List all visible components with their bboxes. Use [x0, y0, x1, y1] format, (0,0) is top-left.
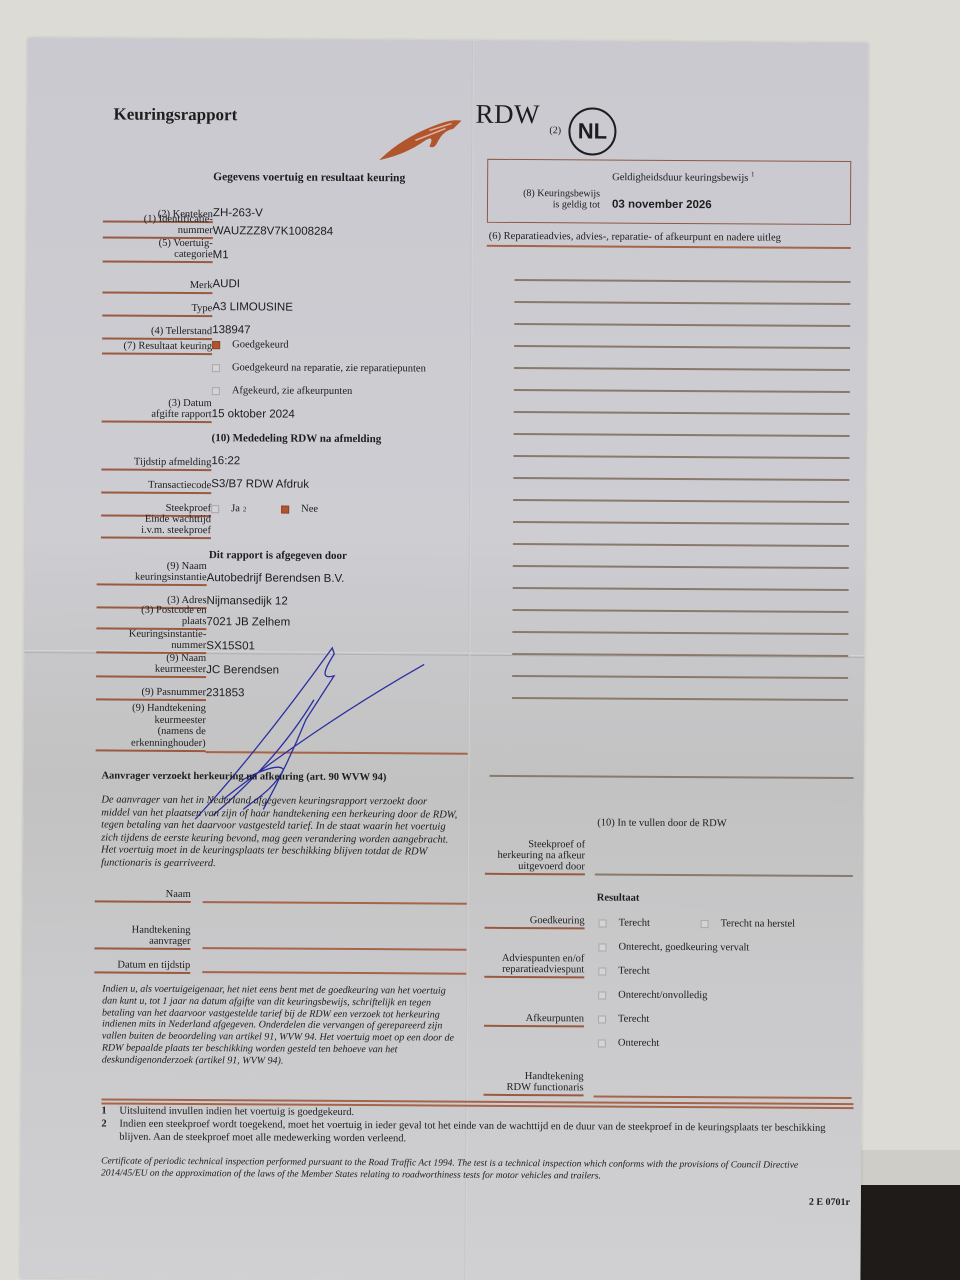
document-title: Keuringsrapport: [113, 105, 237, 126]
repair-advice-line[interactable]: [514, 411, 850, 415]
issuer-label: (9) Naamkeuringsinstantie: [97, 560, 207, 586]
applicant-name-field[interactable]: [203, 901, 467, 904]
footnote-2: 2 Indien een steekproef wordt toegekend,…: [101, 1117, 841, 1148]
deregistration-heading: (10) Mededeling RDW na afmelding: [212, 432, 382, 445]
checkbox-icon[interactable]: [701, 920, 709, 928]
reject-option[interactable]: Onterecht: [598, 1038, 659, 1049]
result-label: (7) Resultaat keuring: [102, 340, 212, 355]
repair-advice-line[interactable]: [514, 345, 850, 349]
wall-background: [860, 1150, 960, 1190]
applicant-signature-label: Handtekening aanvrager: [94, 924, 190, 950]
applicant-datetime-field[interactable]: [202, 971, 466, 974]
repair-advice-line[interactable]: [514, 433, 850, 437]
reinspection-heading: Aanvrager verzoekt herkeuring na afkeuri…: [101, 770, 386, 783]
approval-option[interactable]: Terecht: [599, 918, 650, 929]
repair-advice-line[interactable]: [513, 587, 849, 591]
country-code: NL: [578, 118, 607, 144]
transaction-code-label: Transactiecode: [101, 479, 211, 494]
vehicle-label: Merk: [102, 279, 212, 294]
country-code-badge: NL: [568, 107, 616, 155]
approval-options: TerechtTerecht na herstelOnterecht, goed…: [28, 38, 868, 43]
checkbox-icon[interactable]: [598, 1039, 606, 1047]
vehicle-label: Type: [102, 302, 212, 317]
vehicle-field-value: A3 LIMOUSINE: [212, 301, 293, 313]
result-options: GoedgekeurdGoedgekeurd na reparatie, zie…: [28, 38, 868, 43]
advice-option[interactable]: Onterecht/onvolledig: [598, 990, 707, 1002]
advice-points-label: Adviespunten en/of reparatieadviespunt: [484, 953, 584, 979]
deregistration-time-value: 16:22: [211, 455, 240, 467]
repair-advice-line[interactable]: [515, 279, 851, 283]
repair-advice-line[interactable]: [513, 543, 849, 547]
validity-label: (8) Keuringsbewijs is geldig tot: [508, 188, 600, 211]
issuer-field-value: 7021 JB Zelhem: [206, 616, 290, 629]
applicant-datetime-label: Datum en tijdstip: [94, 959, 190, 974]
rdw-brand: RDW: [475, 99, 540, 130]
vehicle-field-value: AUDI: [212, 278, 240, 290]
footnotes: 1 Uitsluitend invullen indien het voertu…: [101, 1104, 841, 1148]
checkbox-icon[interactable]: [598, 967, 606, 975]
sample-option[interactable]: Ja2: [211, 503, 246, 514]
issuer-field-value: Autobedrijf Berendsen B.V.: [207, 572, 345, 585]
form-code: 2 E 0701r: [809, 1197, 850, 1208]
checked-checkbox-icon[interactable]: [281, 505, 289, 513]
reject-option[interactable]: Terecht: [598, 1014, 649, 1025]
transaction-code-value: S3/B7 RDW Afdruk: [211, 478, 309, 491]
deregistration-time-label: Tijdstip afmelding: [101, 456, 211, 471]
reject-options: TerechtOnterecht: [28, 38, 868, 43]
issue-date-label: (3) Datum afgifte rapport: [102, 397, 212, 423]
owner-reinspection-text: Indien u, als voertuigeigenaar, het niet…: [102, 983, 458, 1068]
checkbox-icon[interactable]: [598, 991, 606, 999]
repair-advice-line[interactable]: [513, 477, 849, 481]
waiting-time-label: Einde wachttijd i.v.m. steekproef: [101, 513, 211, 539]
repair-advice-line[interactable]: [512, 631, 848, 635]
approval-option[interactable]: Terecht na herstel: [701, 918, 796, 930]
repair-advice-lines: [28, 38, 868, 43]
rdw-leaf-logo-icon: [375, 116, 465, 163]
rdw-result-heading: Resultaat: [597, 892, 640, 903]
result-option[interactable]: Goedgekeurd na reparatie, zie reparatiep…: [212, 362, 426, 374]
vehicle-field-value: M1: [213, 249, 229, 261]
inspection-report-paper: Keuringsrapport RDW (2) NL Geldigheidsdu…: [20, 38, 868, 1280]
approval-label: Goedkeuring: [485, 915, 585, 930]
rdw-signature-label: Handtekening RDW functionaris: [484, 1071, 584, 1097]
repair-advice-line[interactable]: [512, 697, 848, 701]
repair-advice-line[interactable]: [514, 323, 850, 327]
validity-heading: Geldigheidsduur keuringsbewijs 1: [612, 170, 754, 184]
sample-check-options: Ja2Nee: [28, 38, 868, 43]
repair-advice-line[interactable]: [513, 609, 849, 613]
paper-fold-vertical: [464, 41, 474, 1280]
vehicle-section-heading: Gegevens voertuig en resultaat keuring: [213, 171, 405, 184]
checkbox-icon[interactable]: [212, 387, 220, 395]
country-prefix: (2): [549, 125, 561, 136]
performed-by-label: Steekproef of herkeuring na afkeur uitge…: [485, 839, 585, 876]
approval-option[interactable]: Onterecht, goedkeuring vervalt: [598, 942, 749, 954]
vehicle-label: (4) Tellerstand: [102, 325, 212, 340]
repair-advice-line[interactable]: [513, 455, 849, 459]
sample-option[interactable]: Nee: [281, 504, 318, 515]
checkbox-icon[interactable]: [598, 943, 606, 951]
result-option[interactable]: Goedgekeurd: [212, 339, 289, 350]
applicant-name-label: Naam: [95, 888, 191, 903]
vehicle-fields: (2) KentekenZH-263-V(1) Identificatie-nu…: [28, 38, 868, 43]
repair-advice-heading: (6) Reparatieadvies, advies-, reparatie-…: [489, 231, 781, 244]
issue-date-value: 15 oktober 2024: [212, 408, 295, 421]
advice-options: TerechtOnterecht/onvolledig: [28, 38, 868, 43]
vehicle-label: (5) Voertuig-categorie: [103, 237, 213, 263]
validity-box: Geldigheidsduur keuringsbewijs 1 (8) Keu…: [487, 159, 851, 225]
checkbox-icon[interactable]: [598, 1015, 606, 1023]
repair-advice-line[interactable]: [513, 521, 849, 525]
issuer-field-value: Nijmansedijk 12: [207, 595, 288, 607]
certificate-text: Certificate of periodic technical inspec…: [101, 1156, 821, 1183]
issuer-fields: (9) NaamkeuringsinstantieAutobedrijf Ber…: [28, 38, 868, 43]
rdw-section-top-rule: [489, 775, 853, 779]
repair-advice-line[interactable]: [514, 389, 850, 393]
repair-advice-line[interactable]: [512, 675, 848, 679]
result-option[interactable]: Afgekeurd, zie afkeurpunten: [212, 385, 352, 397]
repair-advice-line[interactable]: [513, 565, 849, 569]
issuer-label: (3) Postcode enplaats: [96, 604, 206, 630]
repair-advice-line[interactable]: [513, 499, 849, 503]
checked-checkbox-icon[interactable]: [212, 341, 220, 349]
performed-by-field[interactable]: [595, 873, 853, 876]
repair-advice-line[interactable]: [514, 367, 850, 371]
checkbox-icon[interactable]: [212, 364, 220, 372]
repair-advice-line[interactable]: [514, 301, 850, 305]
vehicle-field-value: 138947: [212, 324, 250, 336]
checkbox-icon[interactable]: [211, 505, 219, 513]
dark-background: [860, 1185, 960, 1280]
vehicle-label: (1) Identificatie-nummer: [103, 213, 213, 239]
validity-date: 03 november 2026: [612, 199, 712, 212]
rdw-section-heading: (10) In te vullen door de RDW: [597, 817, 727, 829]
repair-advice-heading-rule: [487, 245, 851, 249]
reject-points-label: Afkeurpunten: [484, 1013, 584, 1028]
checkbox-icon[interactable]: [599, 919, 607, 927]
advice-option[interactable]: Terecht: [598, 966, 649, 977]
vehicle-field-value: WAUZZZ8V7K1008284: [213, 225, 333, 238]
reinspection-text: De aanvrager van het in Nederland afgege…: [101, 794, 457, 871]
applicant-signature-field[interactable]: [202, 947, 466, 950]
rdw-signature-field[interactable]: [594, 1095, 852, 1098]
vehicle-field-value: ZH-263-V: [213, 207, 263, 219]
issuer-heading: Dit rapport is afgegeven door: [209, 549, 347, 562]
